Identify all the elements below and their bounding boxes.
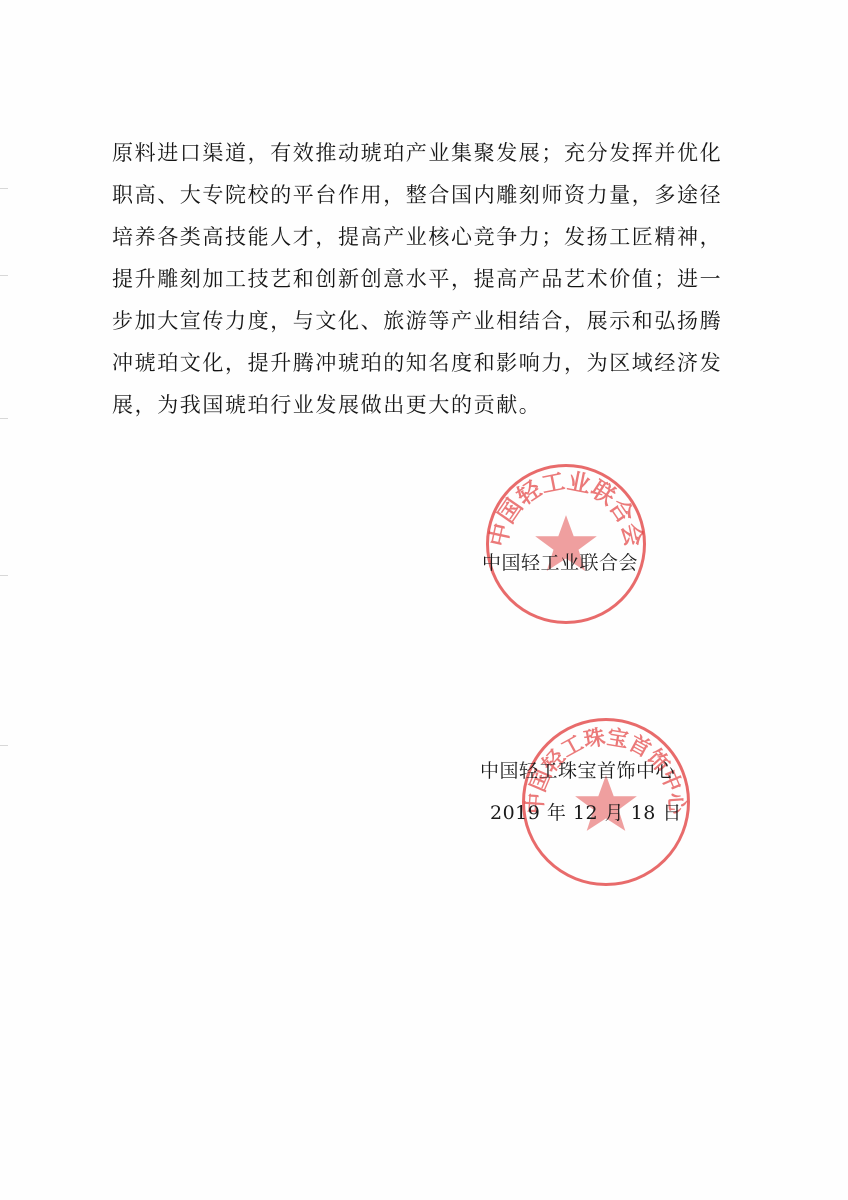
official-seal-light-industry-council: 中国轻工业联合会 (486, 464, 646, 624)
signatory-name-1: 中国轻工业联合会 (482, 548, 638, 575)
scan-artifact (0, 275, 8, 276)
seal-graphic: 中国轻工业联合会 (489, 467, 643, 621)
body-line: 展，为我国琥珀行业发展做出更大的贡献。 (112, 384, 732, 426)
scan-artifact (0, 745, 8, 746)
scan-artifact (0, 575, 8, 576)
body-line: 提升雕刻加工技艺和创新创意水平，提高产品艺术价值；进一 (112, 258, 732, 300)
body-paragraph: 原料进口渠道，有效推动琥珀产业集聚发展；充分发挥并优化 职高、大专院校的平台作用… (112, 132, 732, 426)
signatory-name-2: 中国轻工珠宝首饰中心 (480, 756, 675, 783)
body-line: 原料进口渠道，有效推动琥珀产业集聚发展；充分发挥并优化 (112, 132, 732, 174)
body-line: 冲琥珀文化，提升腾冲琥珀的知名度和影响力，为区域经济发 (112, 342, 732, 384)
scan-artifact (0, 188, 8, 189)
body-line: 职高、大专院校的平台作用，整合国内雕刻师资力量，多途径 (112, 174, 732, 216)
document-page: 原料进口渠道，有效推动琥珀产业集聚发展；充分发挥并优化 职高、大专院校的平台作用… (0, 0, 848, 1200)
body-line: 步加大宣传力度，与文化、旅游等产业相结合，展示和弘扬腾 (112, 300, 732, 342)
body-line: 培养各类高技能人才，提高产业核心竞争力；发扬工匠精神， (112, 216, 732, 258)
scan-artifact (0, 418, 8, 419)
document-date: 2019 年 12 月 18 日 (490, 798, 682, 825)
